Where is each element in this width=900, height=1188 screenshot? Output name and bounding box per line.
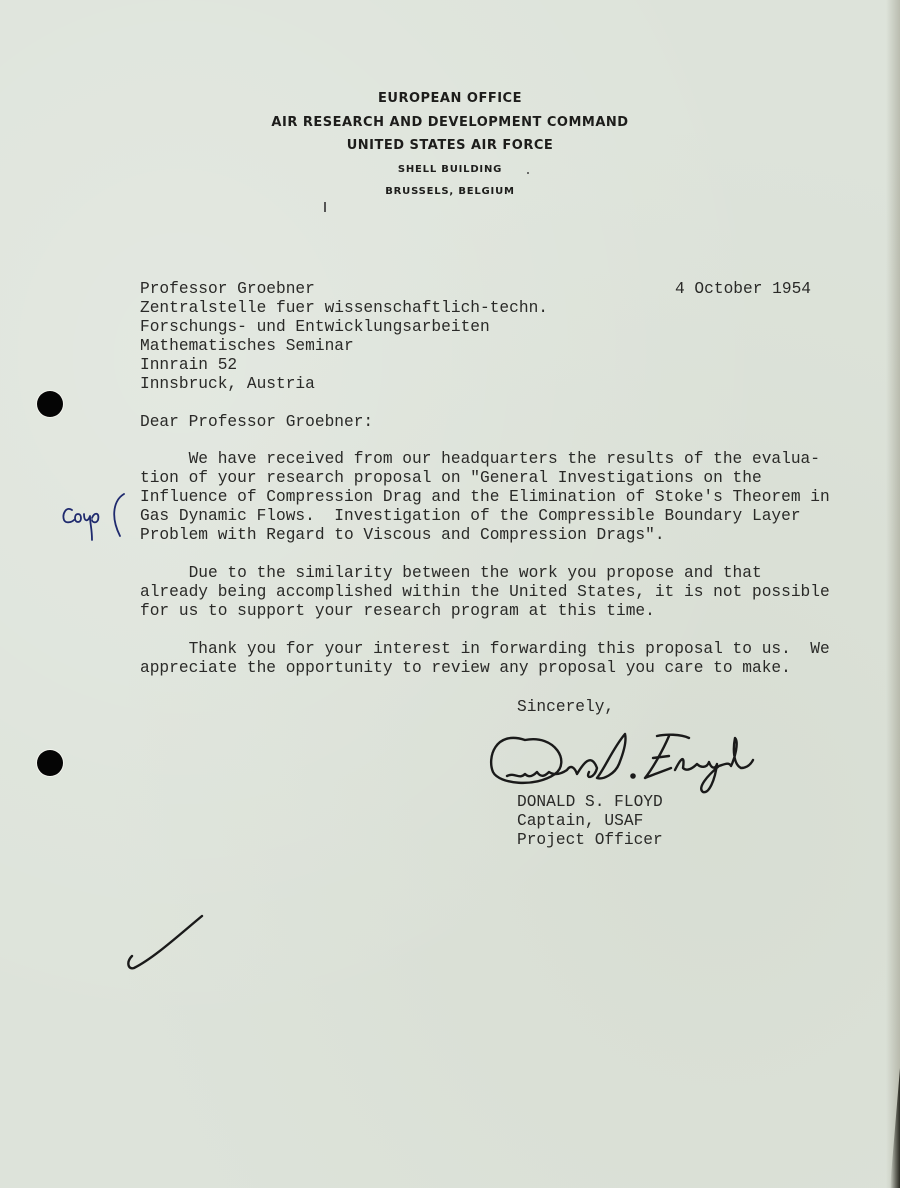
letterhead-city: BRUSSELS, BELGIUM [0,186,900,197]
letterhead-building: SHELL BUILDING [0,164,900,175]
body-line: Due to the similarity between the work y… [140,564,762,583]
body-line: already being accomplished within the Un… [140,583,830,602]
hole-punch-top [37,391,63,417]
body-line: We have received from our headquarters t… [140,450,820,469]
handwritten-signature-icon [485,728,755,800]
letterhead-service: UNITED STATES AIR FORCE [0,138,900,153]
salutation: Dear Professor Groebner: [140,413,373,432]
letterhead-command: AIR RESEARCH AND DEVELOPMENT COMMAND [0,115,900,130]
recipient-line: Forschungs- und Entwicklungsarbeiten [140,318,490,337]
letterhead-office: EUROPEAN OFFICE [0,91,900,106]
body-line: Problem with Regard to Viscous and Compr… [140,526,665,545]
recipient-line: Mathematisches Seminar [140,337,354,356]
closing: Sincerely, [517,698,614,717]
letter-date: 4 October 1954 [675,280,811,299]
margin-note-copy-icon [58,488,133,546]
recipient-line: Innsbruck, Austria [140,375,315,394]
recipient-line: Innrain 52 [140,356,237,375]
signer-rank: Captain, USAF [517,812,643,831]
signer-name: DONALD S. FLOYD [517,793,663,812]
recipient-line: Professor Groebner [140,280,315,299]
signer-title: Project Officer [517,831,663,850]
body-line: Influence of Compression Drag and the El… [140,488,830,507]
body-line: Gas Dynamic Flows. Investigation of the … [140,507,801,526]
paper-speck [527,172,529,174]
hole-punch-bottom [37,750,63,776]
paper-edge [886,0,900,1188]
body-line: appreciate the opportunity to review any… [140,659,791,678]
body-line: for us to support your research program … [140,602,655,621]
paper-speck [324,202,326,212]
recipient-line: Zentralstelle fuer wissenschaftlich-tech… [140,299,548,318]
body-line: tion of your research proposal on "Gener… [140,469,762,488]
body-line: Thank you for your interest in forwardin… [140,640,830,659]
checkmark-icon [124,910,209,975]
